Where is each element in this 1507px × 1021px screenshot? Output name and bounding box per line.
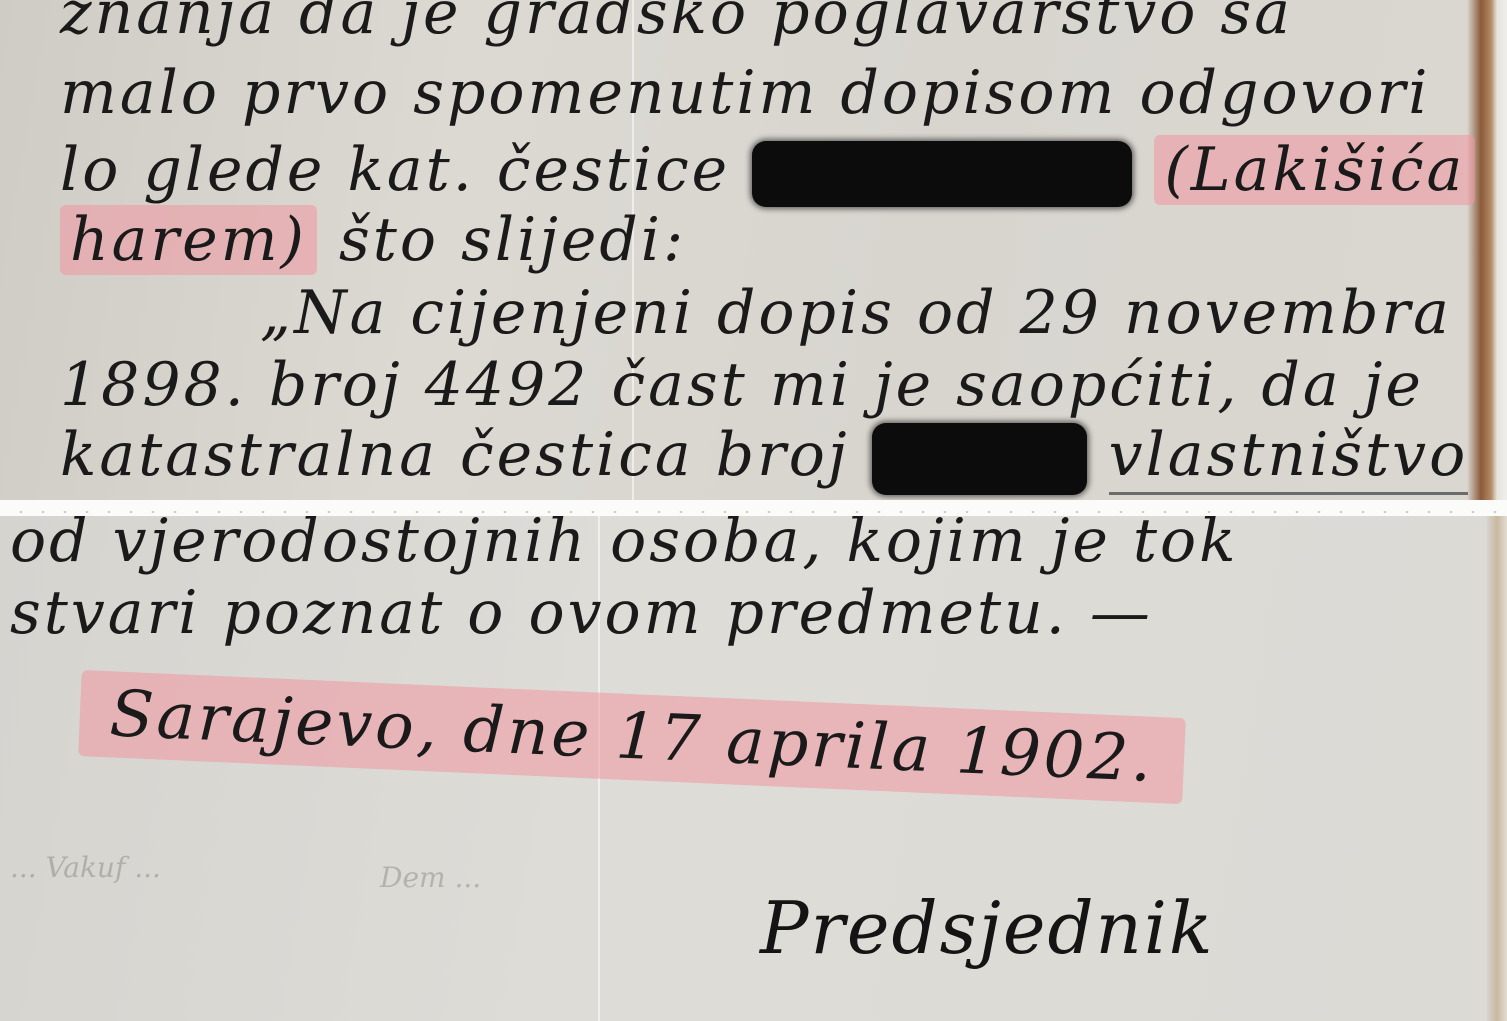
line-3-text: lo glede kat. čestice <box>60 135 730 205</box>
letter-line-6: 1898. broj 4492 čast mi je saopćiti, da … <box>60 350 1424 420</box>
date-line: Sarajevo, dne 17 aprila 1902. <box>78 676 1186 798</box>
highlight-date: Sarajevo, dne 17 aprila 1902. <box>78 670 1186 804</box>
document-excerpt-top: znanja da je gradsko poglavarstvo sa mal… <box>0 0 1507 500</box>
highlight-harem: harem) <box>60 205 317 275</box>
letter-line-9: stvari poznat o ovom predmetu. — <box>10 578 1153 648</box>
paper-edge <box>1487 516 1507 1021</box>
bleedthrough-text: Dem ... <box>380 861 481 894</box>
paper-edge <box>1467 0 1507 500</box>
letter-line-7: katastralna čestica broj vlastništvo <box>60 420 1468 495</box>
letter-line-3: lo glede kat. čestice (Lakišića <box>60 135 1475 207</box>
letter-line-4: harem) što slijedi: <box>60 205 686 275</box>
signature-predsjednik: Predsjednik <box>760 886 1215 970</box>
letter-line-8: od vjerodostojnih osoba, kojim je tok <box>10 516 1239 576</box>
underlined-vlastnistvo: vlastništvo <box>1109 420 1469 495</box>
highlight-lakisica: (Lakišića <box>1154 135 1475 205</box>
letter-line-2: malo prvo spomenutim dopisom odgovori <box>60 58 1430 128</box>
excerpt-separator <box>0 500 1507 516</box>
letter-line-5: „Na cijenjeni dopis od 29 novembra <box>260 278 1452 348</box>
bleedthrough-text: ... Vakuf ... <box>10 851 161 884</box>
redaction-block <box>872 423 1087 495</box>
line-4-text: što slijedi: <box>339 205 686 275</box>
redaction-block <box>752 141 1132 207</box>
letter-line-1: znanja da je gradsko poglavarstvo sa <box>60 0 1293 48</box>
document-excerpt-bottom: od vjerodostojnih osoba, kojim je tok st… <box>0 516 1507 1021</box>
line-7-text: katastralna čestica broj <box>60 420 850 490</box>
